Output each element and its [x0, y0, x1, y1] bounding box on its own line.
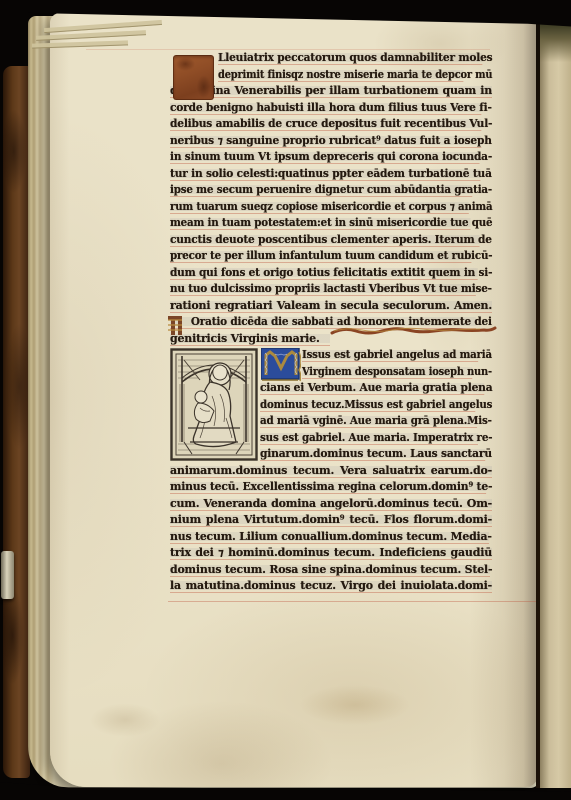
text-line: neribus ⁊ sanguine proprio rubricat⁹ dat…	[170, 133, 481, 150]
damaged-initial-block	[173, 55, 214, 100]
text-line: cians ei Verbum. Aue maria gratia plena	[260, 380, 484, 397]
ruled-line-bottom	[168, 601, 538, 602]
text-line: dominus tecum. Rosa sine spina.dominus t…	[170, 562, 490, 579]
text-line: dominus tecuz.Missus est gabriel angelus	[260, 397, 475, 414]
facing-page-edge	[540, 24, 571, 788]
text-line: corde benigno habuisti illa hora dum fil…	[170, 100, 481, 117]
madonna-and-child-woodcut	[170, 348, 258, 461]
text-line: nium plena Virtutum.domin⁹ tecū. Flos fl…	[170, 512, 492, 529]
text-line: trix dei ⁊ hominū.dominus tecum. Indefic…	[170, 545, 492, 562]
text-line: tur in solio celesti:quatinus ppter eāde…	[170, 166, 480, 183]
text-line: ginarum.dominus tecum. Laus sanctarū	[260, 446, 485, 463]
text-line: rationi regratiari Valeam in secula secu…	[170, 298, 492, 315]
text-line: ad mariā vginē. Aue maria grā plena.Mis-	[260, 413, 477, 430]
text-line: sus est gabriel. Aue maria. Imperatrix r…	[260, 430, 478, 447]
line-filler-flourish	[330, 326, 497, 336]
page-stain	[300, 685, 410, 725]
text-line: rum tuarum sueqz copiose misericordie et…	[170, 199, 469, 216]
text-line: cum. Veneranda domina angelorū.dominus t…	[170, 496, 492, 513]
text-line: animarum.dominus tecum. Vera saluatrix e…	[170, 463, 492, 480]
text-line: cunctis deuote poscentibus clementer ape…	[170, 232, 480, 249]
text-line: ipse me secum peruenire dignetur cum abū…	[170, 182, 472, 199]
text-line: nus tecum. Lilium conuallium.dominus tec…	[170, 529, 489, 546]
leather-binding	[3, 66, 30, 778]
page-stain	[90, 703, 160, 737]
text-line: Issus est gabriel angelus ad mariā	[302, 347, 478, 364]
paragraph-mark-icon	[166, 314, 185, 337]
text-line: Virginem desponsatam ioseph nun-	[302, 364, 472, 381]
text-line: Lleuiatrix peccatorum quos damnabiliter …	[218, 50, 482, 67]
text-line: nu tuo dulcissimo propriis lactasti Vber…	[170, 281, 476, 298]
text-line: precor te per illum infantulum tuum cand…	[170, 248, 471, 265]
text-line: in sinum tuum Vt ipsum depreceris qui co…	[170, 149, 480, 166]
text-line: delibus amabilis de cruce depositus fuit…	[170, 116, 481, 133]
text-line: deprimit finisqz nostre miserie maria te…	[218, 67, 463, 84]
text-line: dum qui fons et origo totius felicitatis…	[170, 265, 478, 282]
illuminated-initial-M	[261, 348, 301, 382]
text-line: minus tecū. Excellentissima regina celor…	[170, 479, 486, 496]
text-line: la matutina.dominus tecuz. Virgo dei inu…	[170, 578, 492, 595]
text-block: Lleuiatrix peccatorum quos damnabiliter …	[170, 50, 493, 595]
clasp-remnant	[1, 551, 14, 599]
text-line: meam in tuam potestatem:et in sinū miser…	[170, 215, 471, 232]
text-line: di domina Venerabilis per illam turbatio…	[170, 83, 492, 100]
text-line: genitricis Virginis marie.	[170, 331, 330, 348]
